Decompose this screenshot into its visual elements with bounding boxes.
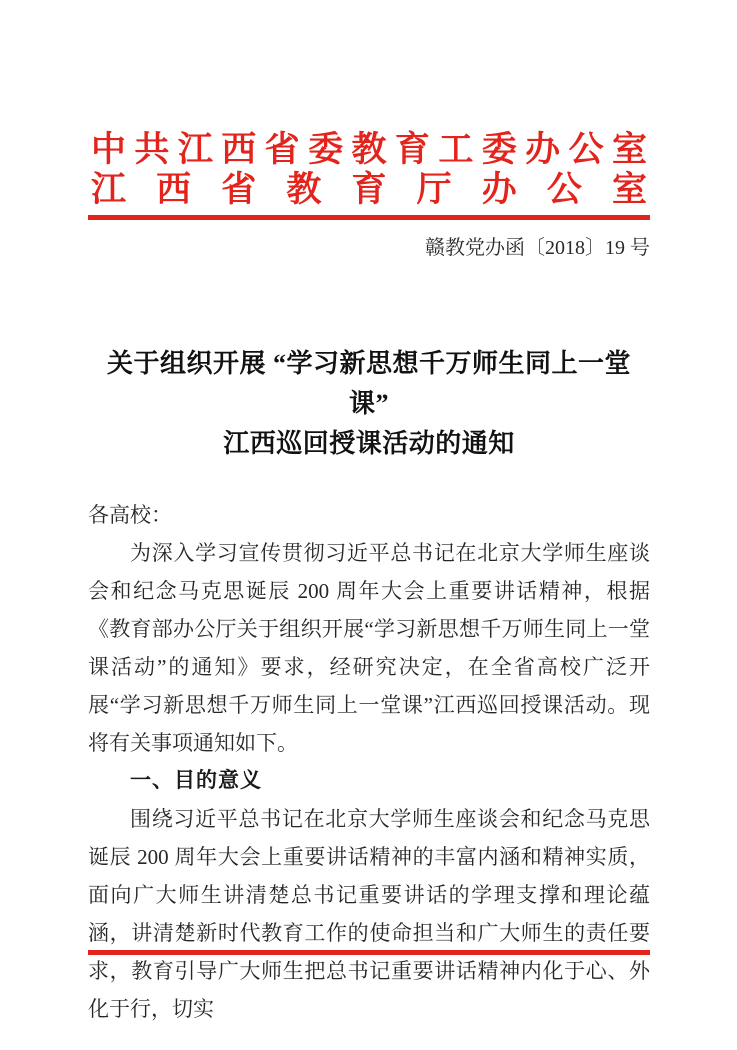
section-heading-purpose: 一、目的意义 xyxy=(88,762,650,800)
salutation: 各高校： xyxy=(88,496,650,534)
issuing-org-line1: 中共江西省委教育工委办公室 xyxy=(91,130,647,170)
letterhead: 中共江西省委教育工委办公室 江西省教育厅办公室 xyxy=(88,130,650,210)
red-rule-bottom xyxy=(88,950,650,955)
notice-title: 关于组织开展 “学习新思想千万师生同上一堂课” 江西巡回授课活动的通知 xyxy=(88,344,650,464)
notice-body: 各高校： 为深入学习宣传贯彻习近平总书记在北京大学师生座谈会和纪念马克思诞辰 2… xyxy=(88,496,650,1028)
red-rule-top xyxy=(88,215,650,220)
notice-title-line1: 关于组织开展 “学习新思想千万师生同上一堂课” xyxy=(88,344,650,424)
paragraph-purpose: 围绕习近平总书记在北京大学师生座谈会和纪念马克思诞辰 200 周年大会上重要讲话… xyxy=(88,800,650,1028)
document-content-column: 中共江西省委教育工委办公室 江西省教育厅办公室 赣教党办函〔2018〕19 号 … xyxy=(88,0,650,1028)
issuing-org-line2: 江西省教育厅办公室 xyxy=(91,170,647,210)
document-page: 中共江西省委教育工委办公室 江西省教育厅办公室 赣教党办函〔2018〕19 号 … xyxy=(0,0,737,1050)
paragraph-opening: 为深入学习宣传贯彻习近平总书记在北京大学师生座谈会和纪念马克思诞辰 200 周年… xyxy=(88,534,650,762)
document-number: 赣教党办函〔2018〕19 号 xyxy=(88,234,650,262)
notice-title-line2: 江西巡回授课活动的通知 xyxy=(88,424,650,464)
